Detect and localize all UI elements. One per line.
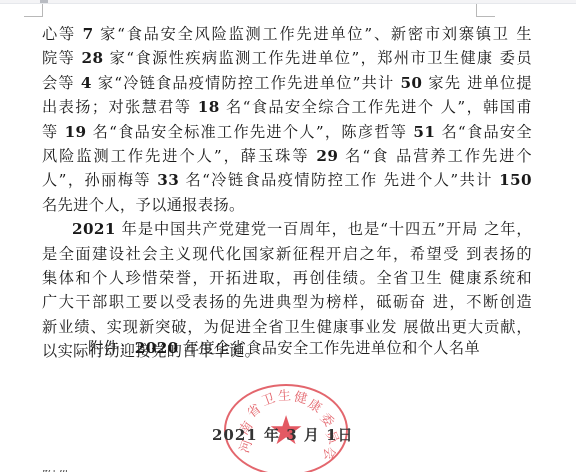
text-line: 新业绩、实现新突破，为促进全省卫生健康事业发 展做出更大贡献， <box>42 315 532 339</box>
text-line: 人”，孙丽梅等 33 名“冷链食品疫情防控工作 先进个人”共计 150 <box>42 168 532 192</box>
text-line: 广大干部职工要以受表扬的先进典型为榜样，砥砺奋 进，不断创造 <box>42 290 532 314</box>
text-line: 是全面建设社会主义现代化国家新征程开启之年，希望受 到表扬的 <box>42 242 532 266</box>
text-line: 出表扬；对张慧君等 18 名“食品安全综合工作先进个 人”，韩国甫 <box>42 95 532 119</box>
text-line: 院等 28 家“食源性疾病监测工作先进单位”，郑州市卫生健康 委员 <box>42 46 532 70</box>
margin-corner-mark-top-left <box>24 4 43 17</box>
ruler-handle[interactable] <box>40 0 48 3</box>
text-line: 等 19 名“食品安全标准工作先进个人”，陈彦哲等 51 名“食品安全 <box>42 120 532 144</box>
document-date: 2021 年 3 月 1日 <box>212 424 354 445</box>
body-text: 心等 7 家“食品安全风险监测工作先进单位”、新密市刘寨镇卫 生 院等 28 家… <box>42 22 532 363</box>
text-line: 风险监测工作先进个人”，薛玉珠等 29 名“食 品营养工作先进个 <box>42 144 532 168</box>
margin-corner-mark-top-right <box>476 4 495 17</box>
text-line: 集体和个人珍惜荣誉，开拓进取，再创佳绩。全省卫生 健康系统和 <box>42 266 532 290</box>
text-line: 名先进个人，予以通报表扬。 <box>42 193 532 217</box>
text-line: 2021 年是中国共产党建党一百周年，也是“十四五”开局 之年， <box>42 217 532 241</box>
text-line: 会等 4 家“冷链食品疫情防控工作先进单位”共计 50 家先 进单位提 <box>42 71 532 95</box>
attachment-title: 附件：2020 年度全省食品安全工作先进单位和个人名单 <box>88 337 480 358</box>
document-viewer: 心等 7 家“食品安全风险监测工作先进单位”、新密市刘寨镇卫 生 院等 28 家… <box>0 0 576 472</box>
document-page: 心等 7 家“食品安全风险监测工作先进单位”、新密市刘寨镇卫 生 院等 28 家… <box>0 4 576 472</box>
text-line: 心等 7 家“食品安全风险监测工作先进单位”、新密市刘寨镇卫 生 <box>42 22 532 46</box>
